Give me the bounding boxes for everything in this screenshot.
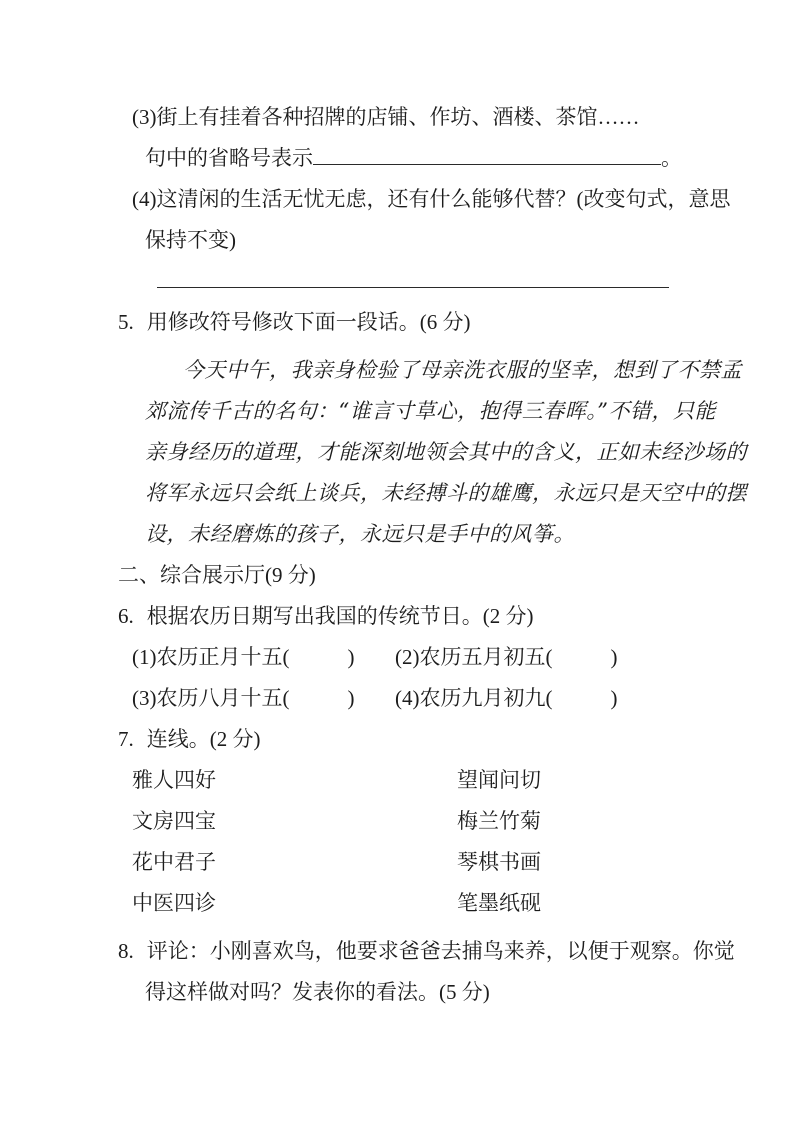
question-4-sub-4-continuation: 保持不变) — [145, 220, 793, 261]
section-2-heading-text: 综合展示厅(9 分) — [160, 563, 316, 587]
sub-item-marker: (2) — [395, 645, 420, 669]
question-7-match-row: 文房四宝梅兰竹菊 — [132, 801, 793, 842]
question-4-sub-3-followup: 句中的省略号表示。 — [145, 138, 793, 179]
sub-item-marker: (4) — [132, 187, 157, 211]
paren-close: ) — [611, 645, 618, 669]
answer-blank-parens — [553, 643, 611, 664]
sub-item-marker: (1) — [132, 645, 157, 669]
sub-item-text: 农历五月初五 — [420, 645, 546, 669]
match-right-item: 琴棋书画 — [457, 850, 541, 874]
question-4-sub-4: (4)这清闲的生活无忧无虑，还有什么能够代替？(改变句式，意思 — [132, 179, 793, 220]
question-6-item-1: (1)农历正月十五() — [132, 637, 395, 678]
sub-item-text: 街上有挂着各种招牌的店铺、作坊、酒楼、茶馆…… — [157, 105, 640, 129]
question-8-title-row: 8.评论：小刚喜欢鸟，他要求爸爸去捕鸟来养，以便于观察。你觉 — [118, 931, 793, 972]
question-8-number: 8. — [118, 931, 134, 972]
question-6-row-2: (3)农历八月十五()(4)农历九月初九() — [132, 678, 793, 719]
sub-item-marker: (3) — [132, 686, 157, 710]
question-7-title: 连线。(2 分) — [147, 727, 261, 751]
question-6-item-2: (2)农历五月初五() — [395, 645, 618, 669]
paren-open: ( — [546, 645, 553, 669]
question-5-paragraph-line: 亲身经历的道理，才能深刻地领会其中的含义，正如未经沙场的 — [145, 432, 793, 473]
question-5-paragraph-line: 今天中午，我亲身检验了母亲洗衣服的坚幸，想到了不禁孟 — [183, 350, 793, 391]
paren-close: ) — [348, 686, 355, 710]
question-7-title-row: 7.连线。(2 分) — [118, 719, 793, 760]
question-5-number: 5. — [118, 302, 134, 343]
question-6-row-1: (1)农历正月十五()(2)农历五月初五() — [132, 637, 793, 678]
paren-close: ) — [611, 686, 618, 710]
match-right-item: 望闻问切 — [457, 768, 541, 792]
question-8-text: 评论：小刚喜欢鸟，他要求爸爸去捕鸟来养，以便于观察。你觉 — [147, 939, 735, 963]
followup-suffix: 。 — [661, 146, 682, 170]
sub-item-text-continued: 保持不变) — [145, 228, 236, 252]
sub-item-text: 农历正月十五 — [157, 645, 283, 669]
question-5-paragraph-line: 将军永远只会纸上谈兵，未经搏斗的雄鹰，永远只是天空中的摆 — [145, 473, 793, 514]
sub-item-text: 农历八月十五 — [157, 686, 283, 710]
question-6-title: 根据农历日期写出我国的传统节日。(2 分) — [147, 604, 534, 628]
match-left-item: 文房四宝 — [132, 801, 457, 842]
sub-item-text: 这清闲的生活无忧无虑，还有什么能够代替？(改变句式，意思 — [157, 187, 731, 211]
answer-blank-row — [0, 261, 793, 302]
paren-open: ( — [283, 686, 290, 710]
question-8-continuation: 得这样做对吗？发表你的看法。(5 分) — [145, 972, 793, 1013]
sub-item-text: 农历九月初九 — [420, 686, 546, 710]
question-8-text-continued: 得这样做对吗？发表你的看法。(5 分) — [145, 980, 490, 1004]
answer-blank-underline-full — [157, 266, 669, 288]
paren-close: ) — [348, 645, 355, 669]
question-7-match-row: 雅人四好望闻问切 — [132, 760, 793, 801]
match-left-item: 雅人四好 — [132, 760, 457, 801]
match-right-item: 笔墨纸砚 — [457, 891, 541, 915]
followup-prefix: 句中的省略号表示 — [145, 146, 313, 170]
sub-item-marker: (4) — [395, 686, 420, 710]
question-6-item-4: (4)农历九月初九() — [395, 686, 618, 710]
question-6-number: 6. — [118, 596, 134, 637]
question-5-paragraph-line: 设，未经磨炼的孩子，永远只是手中的风筝。 — [145, 514, 793, 555]
answer-blank-parens — [290, 643, 348, 664]
question-7-match-row: 花中君子琴棋书画 — [132, 842, 793, 883]
question-6-item-3: (3)农历八月十五() — [132, 678, 395, 719]
paren-open: ( — [546, 686, 553, 710]
match-right-item: 梅兰竹菊 — [457, 809, 541, 833]
sub-item-marker: (3) — [132, 105, 157, 129]
question-4-sub-3: (3)街上有挂着各种招牌的店铺、作坊、酒楼、茶馆…… — [132, 97, 793, 138]
question-6-title-row: 6.根据农历日期写出我国的传统节日。(2 分) — [118, 596, 793, 637]
paren-open: ( — [283, 645, 290, 669]
section-2-heading: 二、综合展示厅(9 分) — [118, 555, 793, 596]
test-paper-page: (3)街上有挂着各种招牌的店铺、作坊、酒楼、茶馆…… 句中的省略号表示。 (4)… — [0, 0, 793, 1122]
match-left-item: 中医四诊 — [132, 883, 457, 924]
match-left-item: 花中君子 — [132, 842, 457, 883]
section-2-heading-marker: 二、 — [118, 563, 160, 587]
question-5-paragraph-line: 郊流传千古的名句：“谁言寸草心，抱得三春晖。”不错，只能 — [145, 391, 793, 432]
question-5-title-row: 5.用修改符号修改下面一段话。(6 分) — [118, 302, 793, 343]
question-5-title: 用修改符号修改下面一段话。(6 分) — [147, 310, 471, 334]
answer-blank-parens — [553, 684, 611, 705]
answer-blank-parens — [290, 684, 348, 705]
question-7-number: 7. — [118, 719, 134, 760]
question-7-match-row: 中医四诊笔墨纸砚 — [132, 883, 793, 924]
answer-blank-underline — [313, 143, 661, 165]
